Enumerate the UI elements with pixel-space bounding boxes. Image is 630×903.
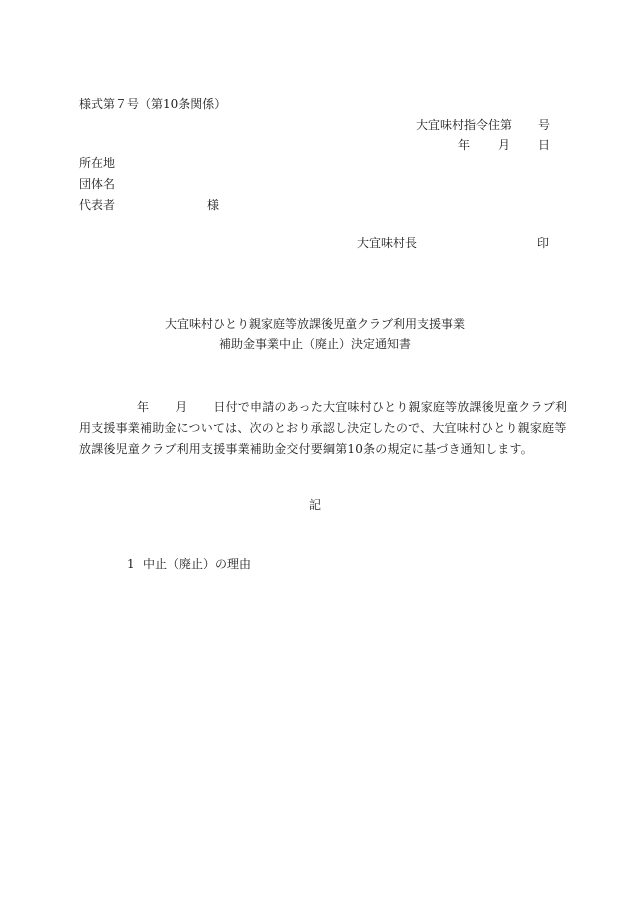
document-page: 様式第７号（第10条関係） 大宜味村指令住第号 年月日 所在地 団体名 代表者様…: [0, 0, 630, 903]
item-reason: 1中止（廃止）の理由: [127, 558, 251, 570]
issuer-name: 大宜味村長: [357, 236, 417, 250]
body-paragraph: 年月日付で申請のあった大宜味村ひとり親家庭等放課後児童クラブ利 用支援事業補助金…: [79, 397, 555, 460]
body-month: 月: [175, 400, 187, 414]
recipient-org-label: 団体名: [79, 178, 115, 190]
body-line-3: 放課後児童クラブ利用支援事業補助金交付要綱第10条の規定に基づき通知します。: [79, 439, 555, 460]
representative-label: 代表者: [79, 198, 115, 212]
document-title-line-2: 補助金事業中止（廃止）決定通知書: [0, 338, 630, 350]
recipient-representative: 代表者様: [79, 199, 219, 211]
item-number: 1: [127, 558, 143, 570]
body-line-2: 用支援事業補助金については、次のとおり承認し決定したので、大宜味村ひとり親家庭等: [79, 418, 555, 439]
document-number-suffix: 号: [538, 118, 550, 132]
recipient-address-label: 所在地: [79, 157, 115, 169]
date-year: 年: [458, 138, 470, 152]
body-line-1-text: 日付で申請のあった大宜味村ひとり親家庭等放課後児童クラブ利: [213, 400, 567, 414]
honorific: 様: [207, 198, 219, 212]
document-date: 年月日: [458, 139, 550, 151]
body-line-1: 年月日付で申請のあった大宜味村ひとり親家庭等放課後児童クラブ利: [79, 397, 555, 418]
note-heading: 記: [0, 499, 630, 511]
issuer: 大宜味村長印: [357, 237, 549, 249]
date-day: 日: [538, 138, 550, 152]
seal-mark: 印: [537, 236, 549, 250]
date-month: 月: [498, 138, 510, 152]
body-year: 年: [137, 400, 149, 414]
form-number: 様式第７号（第10条関係）: [79, 98, 226, 110]
document-title-line-1: 大宜味村ひとり親家庭等放課後児童クラブ利用支援事業: [0, 318, 630, 330]
document-number-prefix: 大宜味村指令住第: [416, 118, 512, 132]
item-label: 中止（廃止）の理由: [143, 557, 251, 571]
document-number: 大宜味村指令住第号: [416, 119, 550, 131]
